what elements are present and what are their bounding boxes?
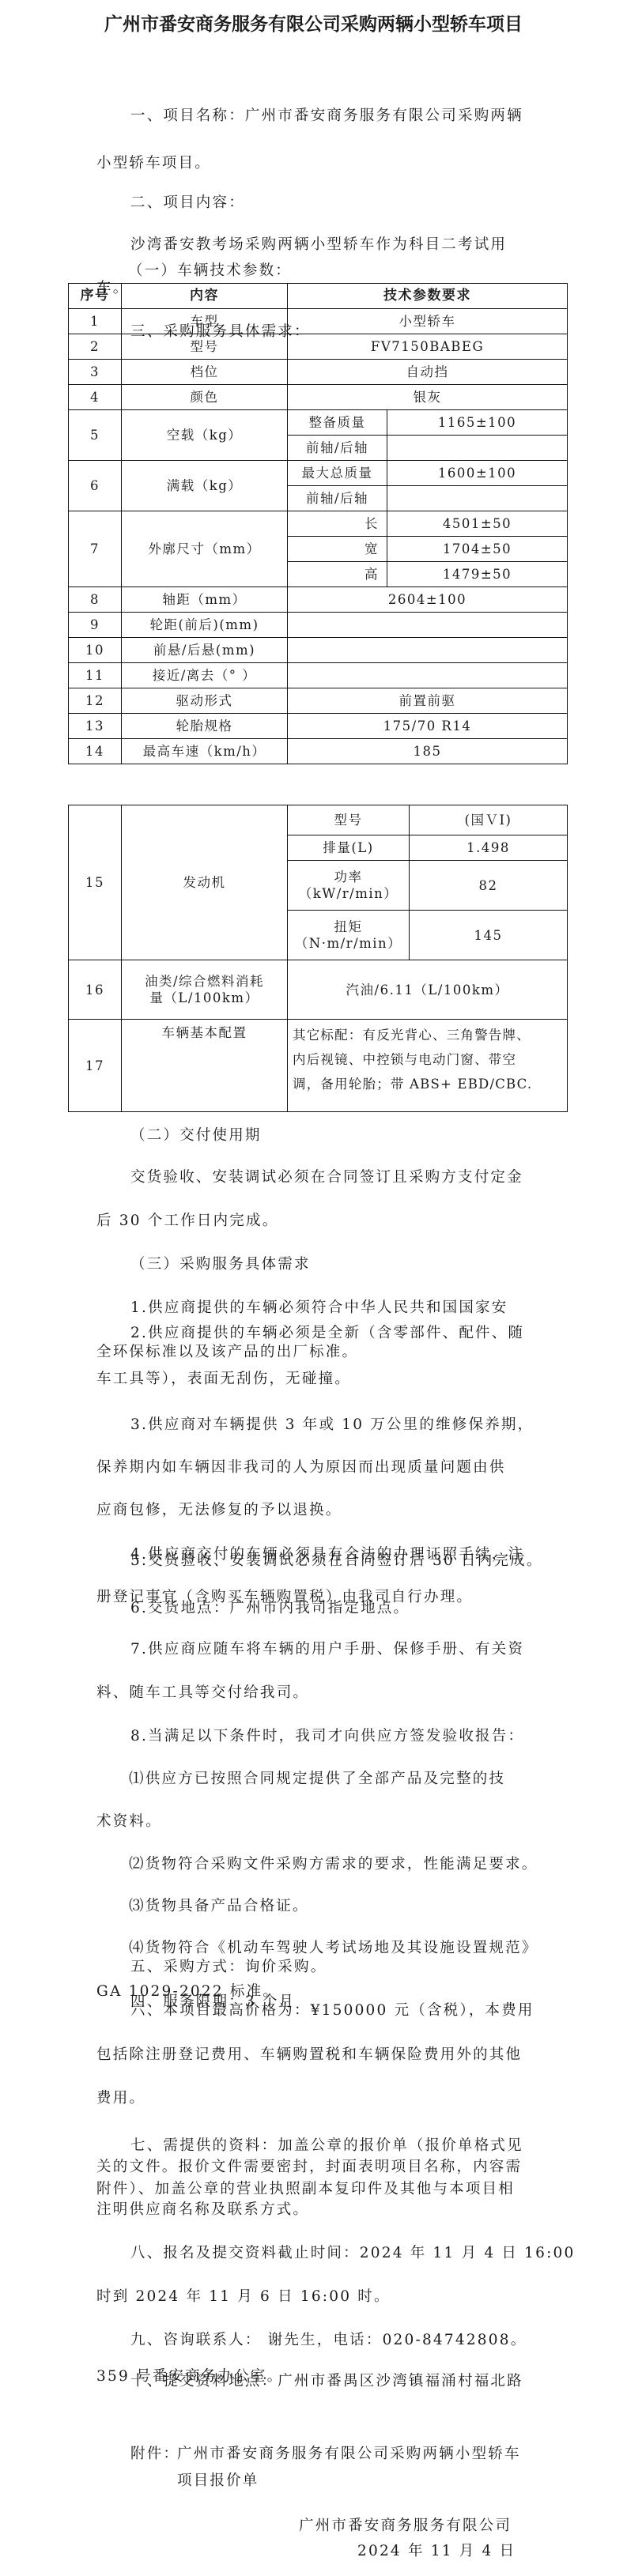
row-item: 轮距(前后)(mm): [122, 613, 288, 638]
sub-label: 型号: [288, 805, 410, 835]
table-row: 11 接近/离去（° ）: [69, 663, 568, 688]
term-deadline-line2: 时到 2024 年 11 月 6 日 16:00 时。: [96, 2285, 391, 2306]
row-item: 满载（kg）: [122, 461, 288, 511]
term-procurement-method: 五、采购方式：询价采购。: [130, 1956, 327, 1976]
table-row: 8 轴距（mm） 2604±100: [69, 587, 568, 613]
header-item: 内容: [122, 284, 288, 309]
req-6: 6.交货地点：广州市内我司指定地点。: [130, 1597, 410, 1617]
sub-value: 1165±100: [387, 410, 568, 436]
sub-label: 宽: [288, 537, 387, 562]
row-value: 前置前驱: [288, 688, 568, 714]
row-no: 15: [69, 805, 122, 960]
sub-label: 长: [288, 511, 387, 537]
row-item-line1: 油类/综合燃料消耗: [125, 973, 284, 990]
attachment-line1: 广州市番安商务服务有限公司采购两辆小型轿车: [177, 2442, 521, 2463]
signature-date: 2024 年 11 月 4 日: [357, 2540, 516, 2560]
row-no: 12: [69, 688, 122, 714]
requirements-heading: （三）采购服务具体需求: [130, 1253, 311, 1273]
row-value: [288, 663, 568, 688]
row-item: 轮胎规格: [122, 714, 288, 739]
header-no: 序号: [69, 284, 122, 309]
req-7-line2: 料、随车工具等交付给我司。: [96, 1681, 309, 1702]
table-row: 14 最高车速（km/h） 185: [69, 739, 568, 764]
row-item: 驱动形式: [122, 688, 288, 714]
sub-label: 高: [288, 562, 387, 587]
req-7-line1: 7.供应商应随车将车辆的用户手册、保修手册、有关资: [130, 1638, 524, 1658]
row-item: 型号: [122, 334, 288, 360]
table-row: 15 发动机 型号 (国ＶI): [69, 805, 568, 835]
row-value: [288, 613, 568, 638]
term-max-price-line3: 费用。: [96, 2087, 145, 2107]
row-no: 13: [69, 714, 122, 739]
table-header-row: 序号 内容 技术参数要求: [69, 284, 568, 309]
term-max-price-line2: 包括除注册登记费用、车辆购置税和车辆保险费用外的其他: [96, 2043, 522, 2064]
sub-label-line2: （N·m/r/min）: [291, 935, 406, 952]
row-item: 外廓尺寸（mm）: [122, 511, 288, 587]
term-docs-line4: 注明供应商名称及联系方式。: [96, 2198, 309, 2219]
row-no: 1: [69, 309, 122, 334]
row-no: 14: [69, 739, 122, 764]
table-row: 12 驱动形式 前置前驱: [69, 688, 568, 714]
row-no: 5: [69, 410, 122, 461]
row-value: 汽油/6.11（L/100km）: [288, 960, 568, 1020]
sub-value: 145: [410, 911, 568, 960]
row-no: 3: [69, 360, 122, 385]
row-item: 车辆基本配置: [122, 1020, 288, 1112]
row-value: FV7150BABEG: [288, 334, 568, 360]
section-2-heading: 二、项目内容：: [130, 191, 245, 212]
row-no: 6: [69, 461, 122, 511]
row-item: 前悬/后悬(mm): [122, 638, 288, 663]
section-1-project-name: 一、项目名称：广州市番安商务服务有限公司采购两辆: [130, 104, 523, 125]
term-max-price-line1: 六、本项目最高价格为：¥150000 元（含税），本费用: [130, 1999, 534, 2020]
term-docs-line2: 附件）、加盖公章的营业执照副本复印件及其他与本项目相: [96, 2178, 515, 2198]
delivery-line1: 交货验收、安装调试必须在合同签订且采购方支付定金: [130, 1166, 523, 1186]
delivery-heading: （二）交付使用期: [130, 1124, 262, 1145]
table-row: 2 型号 FV7150BABEG: [69, 334, 568, 360]
sub-label: 功率 （kW/r/min）: [288, 861, 410, 911]
row-item: 空载（kg）: [122, 410, 288, 461]
row-value: 2604±100: [288, 587, 568, 613]
attachment-line2: 项目报价单: [177, 2469, 259, 2490]
table-row: 1 车型 小型轿车: [69, 309, 568, 334]
row-item: 轴距（mm）: [122, 587, 288, 613]
sub-label-line1: 功率: [291, 869, 406, 885]
cond-2: ⑵货物符合采购文件采购方需求的要求，性能满足要求。: [129, 1853, 538, 1873]
table-row: 10 前悬/后悬(mm): [69, 638, 568, 663]
row-no: 10: [69, 638, 122, 663]
table-row: 16 油类/综合燃料消耗 量（L/100km） 汽油/6.11（L/100km）: [69, 960, 568, 1020]
section-1-project-name-cont: 小型轿车项目。: [96, 152, 211, 172]
table-row: 9 轮距(前后)(mm): [69, 613, 568, 638]
row-item: 档位: [122, 360, 288, 385]
row-item: 接近/离去（° ）: [122, 663, 288, 688]
row-no: 7: [69, 511, 122, 587]
row-item-line2: 量（L/100km）: [125, 990, 284, 1006]
req-1-line1: 1.供应商提供的车辆必须符合中华人民共和国国家安: [130, 1296, 508, 1317]
sub-label-line1: 扭矩: [291, 918, 406, 935]
req-2-line2: 车工具等），表面无刮伤，无碰撞。: [96, 1367, 351, 1388]
row-value: [288, 638, 568, 663]
cond-3: ⑶货物具备产品合格证。: [129, 1895, 309, 1915]
sub-value: (国ＶI): [410, 805, 568, 835]
req-1-line2: 全环保标准以及该产品的出厂标准。: [96, 1341, 358, 1361]
row-item: 发动机: [122, 805, 288, 960]
table-row: 7 外廓尺寸（mm） 长 4501±50: [69, 511, 568, 537]
row-value: 175/70 R14: [288, 714, 568, 739]
term-contact: 九、咨询联系人： 谢先生，电话：020-84742808。: [130, 2329, 527, 2349]
sub-value: [387, 436, 568, 461]
req-3-line1: 3.供应商对车辆提供 3 年或 10 万公里的维修保养期，: [130, 1413, 534, 1434]
table-row: 17 车辆基本配置 其它标配：有反光背心、三角警告牌、 内后视镜、中控锁与电动门…: [69, 1020, 568, 1112]
sub-value: 1600±100: [387, 461, 568, 486]
sub-value: 1.498: [410, 835, 568, 861]
delivery-line2: 后 30 个工作日内完成。: [96, 1209, 278, 1230]
req-5: 5.交货验收、安装调试必须在合同签订后 30 日内完成。: [130, 1549, 543, 1570]
sub-value: [387, 486, 568, 511]
table-row: 5 空载（kg） 整备质量 1165±100: [69, 410, 568, 436]
row-no: 9: [69, 613, 122, 638]
cond-1-line2: 术资料。: [96, 1810, 162, 1831]
sub-value: 82: [410, 861, 568, 911]
sub-label: 排量(L): [288, 835, 410, 861]
row-no: 11: [69, 663, 122, 688]
row-value: 其它标配：有反光背心、三角警告牌、 内后视镜、中控锁与电动门窗、带空 调，备用轮…: [288, 1020, 568, 1112]
row-item: 颜色: [122, 385, 288, 410]
row-value: 银灰: [288, 385, 568, 410]
term-docs-line1: 七、需提供的资料：加盖公章的报价单（报价单格式见: [130, 2134, 523, 2155]
req-3-line2: 保养期内如车辆因非我司的人为原因而出现质量问题由供: [96, 1456, 506, 1477]
req-8: 8.当满足以下条件时，我司才向供应方签发验收报告：: [130, 1725, 524, 1745]
row-value: 185: [288, 739, 568, 764]
row-no: 8: [69, 587, 122, 613]
signature-company: 广州市番安商务服务有限公司: [299, 2514, 512, 2535]
vehicle-spec-table: 序号 内容 技术参数要求 1 车型 小型轿车 2 型号 FV7150BABEG …: [68, 283, 568, 764]
engine-spec-table: 15 发动机 型号 (国ＶI) 排量(L) 1.498 功率 （kW/r/min…: [68, 805, 568, 1112]
attachment-label: 附件：: [130, 2442, 179, 2463]
row-item: 车型: [122, 309, 288, 334]
sub-label-line2: （kW/r/min）: [291, 885, 406, 902]
term-deadline-line1: 八、报名及提交资料截止时间：2024 年 11 月 4 日 16:00: [130, 2242, 576, 2262]
sub-label: 扭矩 （N·m/r/min）: [288, 911, 410, 960]
row-no: 16: [69, 960, 122, 1020]
sub-value: 4501±50: [387, 511, 568, 537]
row-no: 17: [69, 1020, 122, 1112]
sub-label: 前轴/后轴: [288, 436, 387, 461]
sub-label: 最大总质量: [288, 461, 387, 486]
req-2-line1: 2.供应商提供的车辆必须是全新（含零部件、配件、随: [130, 1322, 524, 1342]
sub-label: 前轴/后轴: [288, 486, 387, 511]
config-line1: 其它标配：有反光背心、三角警告牌、: [293, 1023, 562, 1047]
sub-value: 1704±50: [387, 537, 568, 562]
table-row: 6 满载（kg） 最大总质量 1600±100: [69, 461, 568, 486]
row-no: 4: [69, 385, 122, 410]
table-row: 13 轮胎规格 175/70 R14: [69, 714, 568, 739]
row-value: 小型轿车: [288, 309, 568, 334]
config-line3: 调，备用轮胎；带 ABS+ EBD/CBC.: [293, 1072, 562, 1096]
row-value: 自动挡: [288, 360, 568, 385]
sub-label: 整备质量: [288, 410, 387, 436]
document-title: 广州市番安商务服务有限公司采购两辆小型轿车项目: [0, 9, 627, 36]
subsection-vehicle-params: （一）车辆技术参数：: [128, 259, 292, 280]
term-docs-line3: 关的文件。报价文件需要密封，封面表明项目名称，内容需: [96, 2155, 522, 2176]
sub-value: 1479±50: [387, 562, 568, 587]
row-no: 2: [69, 334, 122, 360]
header-requirement: 技术参数要求: [288, 284, 568, 309]
config-line2: 内后视镜、中控锁与电动门窗、带空: [293, 1047, 562, 1072]
section-2-body-line1: 沙湾番安教考场采购两辆小型轿车作为科目二考试用: [130, 233, 507, 254]
table-row: 4 颜色 银灰: [69, 385, 568, 410]
table-row: 3 档位 自动挡: [69, 360, 568, 385]
row-item: 最高车速（km/h）: [122, 739, 288, 764]
term-submit-address-line2: 359 号番安商务办公室。: [96, 2365, 283, 2386]
cond-4-line1: ⑷货物符合《机动车驾驶人考试场地及其设施设置规范》: [129, 1937, 538, 1957]
cond-1-line1: ⑴供应方已按照合同规定提供了全部产品及完整的技: [129, 1767, 505, 1788]
req-3-line3: 应商包修，无法修复的予以退换。: [96, 1499, 342, 1519]
row-item: 油类/综合燃料消耗 量（L/100km）: [122, 960, 288, 1020]
